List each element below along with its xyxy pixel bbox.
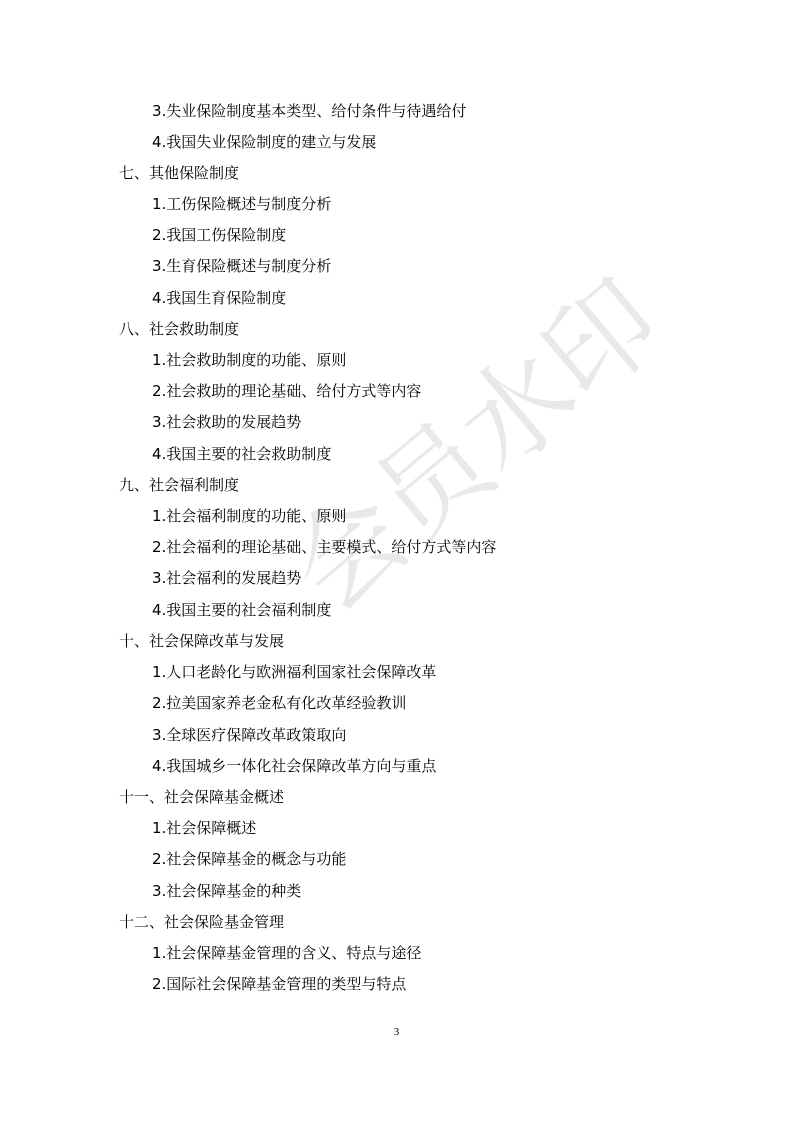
outline-item: 2.拉美国家养老金私有化改革经验教训	[152, 693, 406, 713]
outline-item: 3.社会福利的发展趋势	[152, 568, 301, 588]
outline-item: 1.社会保障基金管理的含义、特点与途径	[152, 943, 421, 963]
outline-heading: 九、社会福利制度	[119, 475, 239, 495]
outline-heading: 十、社会保障改革与发展	[119, 631, 284, 651]
outline-item: 2.社会救助的理论基础、给付方式等内容	[152, 381, 421, 401]
outline-item: 3.失业保险制度基本类型、给付条件与待遇给付	[152, 101, 466, 121]
outline-item: 2.社会保障基金的概念与功能	[152, 849, 346, 869]
outline-item: 4.我国主要的社会福利制度	[152, 600, 331, 620]
outline-item: 2.社会福利的理论基础、主要模式、给付方式等内容	[152, 537, 496, 557]
outline-item: 2.我国工伤保险制度	[152, 225, 286, 245]
outline-item: 4.我国主要的社会救助制度	[152, 444, 331, 464]
outline-item: 4.我国城乡一体化社会保障改革方向与重点	[152, 756, 436, 776]
outline-item: 1.社会救助制度的功能、原则	[152, 350, 346, 370]
outline-heading: 十二、社会保险基金管理	[119, 912, 284, 932]
outline-heading: 八、社会救助制度	[119, 319, 239, 339]
outline-item: 3.全球医疗保障改革政策取向	[152, 725, 346, 745]
outline-item: 1.社会保障概述	[152, 818, 256, 838]
outline-item: 2.国际社会保障基金管理的类型与特点	[152, 974, 406, 994]
page-number: 3	[0, 1026, 793, 1038]
outline-heading: 十一、社会保障基金概述	[119, 787, 284, 807]
outline-item: 4.我国生育保险制度	[152, 288, 286, 308]
outline-item: 1.工伤保险概述与制度分析	[152, 194, 331, 214]
outline-item: 3.社会保障基金的种类	[152, 881, 301, 901]
outline-heading: 七、其他保险制度	[119, 163, 239, 183]
document-page: 会员水印 3.失业保险制度基本类型、给付条件与待遇给付 4.我国失业保险制度的建…	[0, 0, 793, 1122]
outline-item: 1.社会福利制度的功能、原则	[152, 506, 346, 526]
outline-item: 1.人口老龄化与欧洲福利国家社会保障改革	[152, 662, 436, 682]
outline-item: 3.社会救助的发展趋势	[152, 412, 301, 432]
outline-item: 3.生育保险概述与制度分析	[152, 256, 331, 276]
watermark: 会员水印	[250, 237, 689, 641]
outline-item: 4.我国失业保险制度的建立与发展	[152, 132, 376, 152]
